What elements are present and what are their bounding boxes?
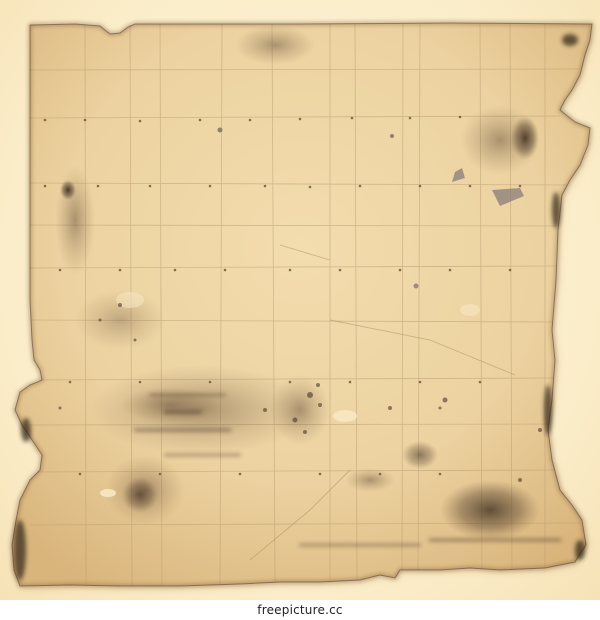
photo-background [0,0,600,600]
caption-bar: freepicture.cc [0,600,600,620]
aged-paper [0,0,600,600]
watermark-caption: freepicture.cc [257,603,342,617]
